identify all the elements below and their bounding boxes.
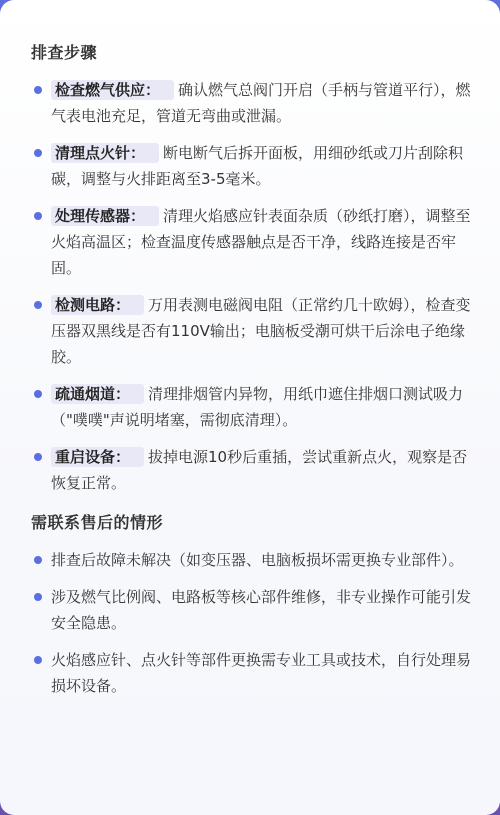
step-item-sensor: 处理传感器：清理火焰感应针表面杂质（砂纸打磨），调整至火焰高温区；检查温度传感器… xyxy=(31,203,474,281)
steps-section-title: 排查步骤 xyxy=(31,40,474,63)
step-item-flue: 疏通烟道：清理排烟管内异物，用纸巾遮住排烟口测试吸力（"噗噗"声说明堵塞，需彻底… xyxy=(31,381,474,433)
service-text: 涉及燃气比例阀、电路板等核心部件维修，非专业操作可能引发安全隐患。 xyxy=(51,588,471,632)
service-item: 火焰感应针、点火针等部件更换需专业工具或技术，自行处理易损坏设备。 xyxy=(31,647,474,699)
step-label: 清理点火针： xyxy=(51,143,159,163)
step-label: 处理传感器： xyxy=(51,206,159,226)
bullet-dot-icon xyxy=(34,656,42,664)
service-list: 排查后故障未解决（如变压器、电脑板损坏需更换专业部件）。 涉及燃气比例阀、电路板… xyxy=(31,547,474,699)
service-text: 排查后故障未解决（如变压器、电脑板损坏需更换专业部件）。 xyxy=(51,551,464,569)
bullet-dot-icon xyxy=(34,86,42,94)
service-text: 火焰感应针、点火针等部件更换需专业工具或技术，自行处理易损坏设备。 xyxy=(51,651,471,695)
bullet-dot-icon xyxy=(34,149,42,157)
step-item-gas-supply: 检查燃气供应：确认燃气总阀门开启（手柄与管道平行），燃气表电池充足，管道无弯曲或… xyxy=(31,77,474,129)
step-item-circuit: 检测电路：万用表测电磁阀电阻（正常约几十欧姆），检查变压器双黑线是否有110V输… xyxy=(31,292,474,370)
step-item-igniter: 清理点火针：断电断气后拆开面板，用细砂纸或刀片刮除积碳，调整与火排距离至3-5毫… xyxy=(31,140,474,192)
bullet-dot-icon xyxy=(34,212,42,220)
step-label: 检查燃气供应： xyxy=(51,80,174,100)
step-label: 重启设备： xyxy=(51,447,144,467)
bullet-dot-icon xyxy=(34,556,42,564)
step-label: 检测电路： xyxy=(51,295,144,315)
bullet-dot-icon xyxy=(34,301,42,309)
service-item: 排查后故障未解决（如变压器、电脑板损坏需更换专业部件）。 xyxy=(31,547,474,573)
bullet-dot-icon xyxy=(34,390,42,398)
content-card: 排查步骤 检查燃气供应：确认燃气总阀门开启（手柄与管道平行），燃气表电池充足，管… xyxy=(0,0,500,815)
steps-list: 检查燃气供应：确认燃气总阀门开启（手柄与管道平行），燃气表电池充足，管道无弯曲或… xyxy=(31,77,474,496)
step-item-restart: 重启设备：拔掉电源10秒后重插，尝试重新点火，观察是否恢复正常。 xyxy=(31,444,474,496)
bullet-dot-icon xyxy=(34,593,42,601)
service-item: 涉及燃气比例阀、电路板等核心部件维修，非专业操作可能引发安全隐患。 xyxy=(31,584,474,636)
bullet-dot-icon xyxy=(34,453,42,461)
service-section-title: 需联系售后的情形 xyxy=(31,510,474,533)
step-label: 疏通烟道： xyxy=(51,384,144,404)
